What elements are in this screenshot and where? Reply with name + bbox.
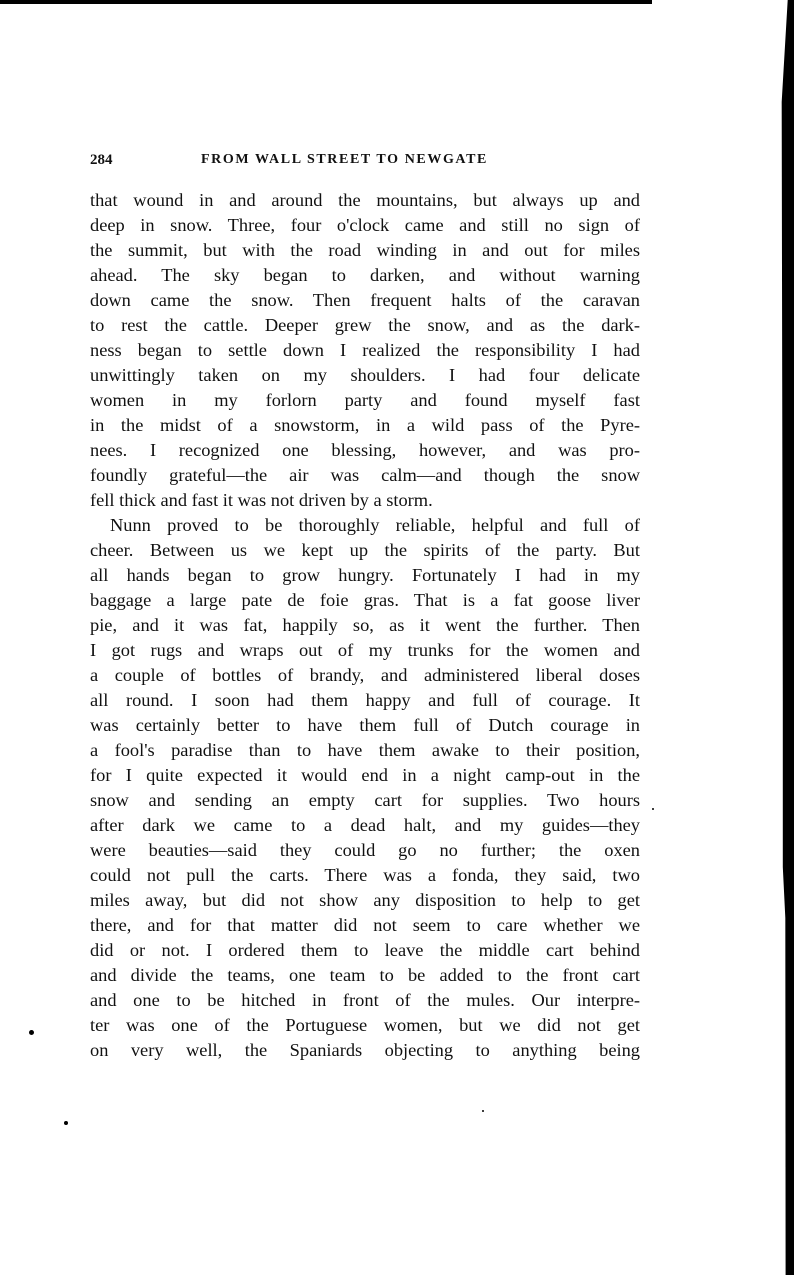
text-line: the summit, but with the road winding in…: [90, 238, 640, 263]
text-line: and one to be hitched in front of the mu…: [90, 988, 640, 1013]
text-line: a fool's paradise than to have them awak…: [90, 738, 640, 763]
text-line: did or not. I ordered them to leave the …: [90, 938, 640, 963]
text-line: down came the snow. Then frequent halts …: [90, 288, 640, 313]
text-line: ahead. The sky began to darken, and with…: [90, 263, 640, 288]
scan-speck: [652, 808, 654, 810]
body-text: that wound in and around the mountains, …: [90, 188, 640, 1063]
text-line: that wound in and around the mountains, …: [90, 188, 640, 213]
running-title: FROM WALL STREET TO NEWGATE: [201, 152, 488, 168]
page-number: 284: [90, 152, 113, 169]
text-line: cheer. Between us we kept up the spirits…: [90, 538, 640, 563]
scan-speck: [482, 1110, 484, 1112]
text-line: after dark we came to a dead halt, and m…: [90, 813, 640, 838]
text-line: in the midst of a snowstorm, in a wild p…: [90, 413, 640, 438]
text-line: Nunn proved to be thoroughly reliable, h…: [90, 513, 640, 538]
text-line: deep in snow. Three, four o'clock came a…: [90, 213, 640, 238]
text-line: a couple of bottles of brandy, and admin…: [90, 663, 640, 688]
scan-speck: [64, 1121, 68, 1125]
text-line: were beauties—said they could go no furt…: [90, 838, 640, 863]
text-line: for I quite expected it would end in a n…: [90, 763, 640, 788]
text-line: I got rugs and wraps out of my trunks fo…: [90, 638, 640, 663]
text-line: could not pull the carts. There was a fo…: [90, 863, 640, 888]
text-line: all hands began to grow hungry. Fortunat…: [90, 563, 640, 588]
text-line: fell thick and fast it was not driven by…: [90, 488, 640, 513]
text-line: to rest the cattle. Deeper grew the snow…: [90, 313, 640, 338]
scan-binding-edge: [780, 0, 794, 1275]
text-line: was certainly better to have them full o…: [90, 713, 640, 738]
text-line: nees. I recognized one blessing, however…: [90, 438, 640, 463]
running-header: 284 FROM WALL STREET TO NEWGATE: [90, 152, 650, 176]
text-line: there, and for that matter did not seem …: [90, 913, 640, 938]
scan-speck: [29, 1030, 34, 1035]
text-line: ness began to settle down I realized the…: [90, 338, 640, 363]
text-line: and divide the teams, one team to be add…: [90, 963, 640, 988]
text-line: unwittingly taken on my shoulders. I had…: [90, 363, 640, 388]
text-line: on very well, the Spaniards objecting to…: [90, 1038, 640, 1063]
scan-top-edge: [0, 0, 652, 4]
text-line: miles away, but did not show any disposi…: [90, 888, 640, 913]
text-line: foundly grateful—the air was calm—and th…: [90, 463, 640, 488]
text-line: baggage a large pate de foie gras. That …: [90, 588, 640, 613]
text-line: women in my forlorn party and found myse…: [90, 388, 640, 413]
text-line: all round. I soon had them happy and ful…: [90, 688, 640, 713]
text-line: pie, and it was fat, happily so, as it w…: [90, 613, 640, 638]
text-line: snow and sending an empty cart for suppl…: [90, 788, 640, 813]
text-line: ter was one of the Portuguese women, but…: [90, 1013, 640, 1038]
